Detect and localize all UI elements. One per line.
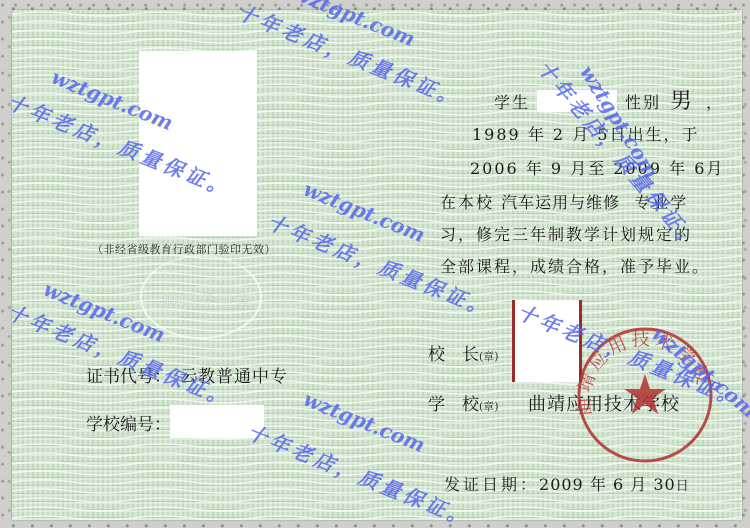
principal-label: 校 长(章) bbox=[428, 340, 499, 365]
end-month: 6 bbox=[694, 159, 706, 178]
photo-area-redacted bbox=[139, 51, 257, 236]
start-month: 9 bbox=[551, 159, 563, 178]
gender-value: 男 bbox=[670, 84, 692, 115]
school-red-seal: 曲靖应用技术学校 bbox=[570, 320, 720, 470]
principal-label-text: 校 长 bbox=[428, 345, 479, 365]
birth-month: 2 bbox=[553, 125, 565, 144]
gender-label: 性别 bbox=[625, 90, 661, 113]
issue-year: 2009 bbox=[539, 475, 584, 494]
principal-stamp-note: (章) bbox=[479, 350, 499, 363]
birth-line: 1989 年 2 月 5日出生，于 bbox=[472, 122, 700, 145]
issue-day: 30 bbox=[653, 475, 675, 494]
student-label: 学生 bbox=[494, 90, 530, 113]
start-year: 2006 bbox=[470, 159, 519, 178]
cert-code-value: 云教普通中专 bbox=[180, 362, 288, 387]
month-unit: 月 bbox=[630, 475, 647, 494]
gender-comma: ， bbox=[706, 90, 722, 113]
month-unit: 月 bbox=[706, 159, 724, 178]
school-number-redacted bbox=[170, 405, 264, 438]
embossed-seal-text: 验印专用章 bbox=[162, 288, 252, 311]
student-name-redacted bbox=[537, 90, 617, 112]
school-number-label: 学校编号： bbox=[86, 410, 171, 435]
issue-date-line: 发证日期：2009 年 6 月 30日 bbox=[444, 472, 690, 495]
month-unit: 月 bbox=[572, 125, 590, 144]
end-year: 2009 bbox=[613, 159, 662, 178]
study-period-line: 2006 年 9 月至 2009 年 6月 bbox=[470, 156, 724, 179]
validation-note: （非经省级教育行政部门验印无效） bbox=[92, 241, 276, 257]
year-unit: 年 bbox=[669, 159, 687, 178]
school-label: 学 校(章) bbox=[428, 390, 499, 415]
major-suffix: 专业学 bbox=[634, 193, 688, 212]
day-unit: 日 bbox=[676, 479, 690, 494]
study-line: 习，修完三年制教学计划规定的 bbox=[440, 222, 692, 245]
issue-month: 6 bbox=[613, 475, 624, 494]
month-unit: 月至 bbox=[570, 159, 606, 178]
major-prefix: 在本校 bbox=[440, 193, 494, 212]
cert-code-label: 证书代号： bbox=[86, 362, 171, 387]
major-value: 汽车运用与维修 bbox=[501, 193, 620, 212]
result-line: 全部课程，成绩合格，准予毕业。 bbox=[440, 254, 710, 277]
school-label-text: 学 校 bbox=[428, 395, 479, 415]
issue-date-label: 发证日期： bbox=[444, 475, 539, 494]
school-stamp-note: (章) bbox=[479, 400, 499, 413]
year-unit: 年 bbox=[528, 125, 546, 144]
birth-day: 5 bbox=[597, 125, 609, 144]
year-unit: 年 bbox=[590, 475, 607, 494]
day-unit: 日出生，于 bbox=[610, 125, 700, 144]
year-unit: 年 bbox=[526, 159, 544, 178]
major-line: 在本校 汽车运用与维修 专业学 bbox=[440, 190, 688, 213]
birth-year: 1989 bbox=[472, 125, 521, 144]
